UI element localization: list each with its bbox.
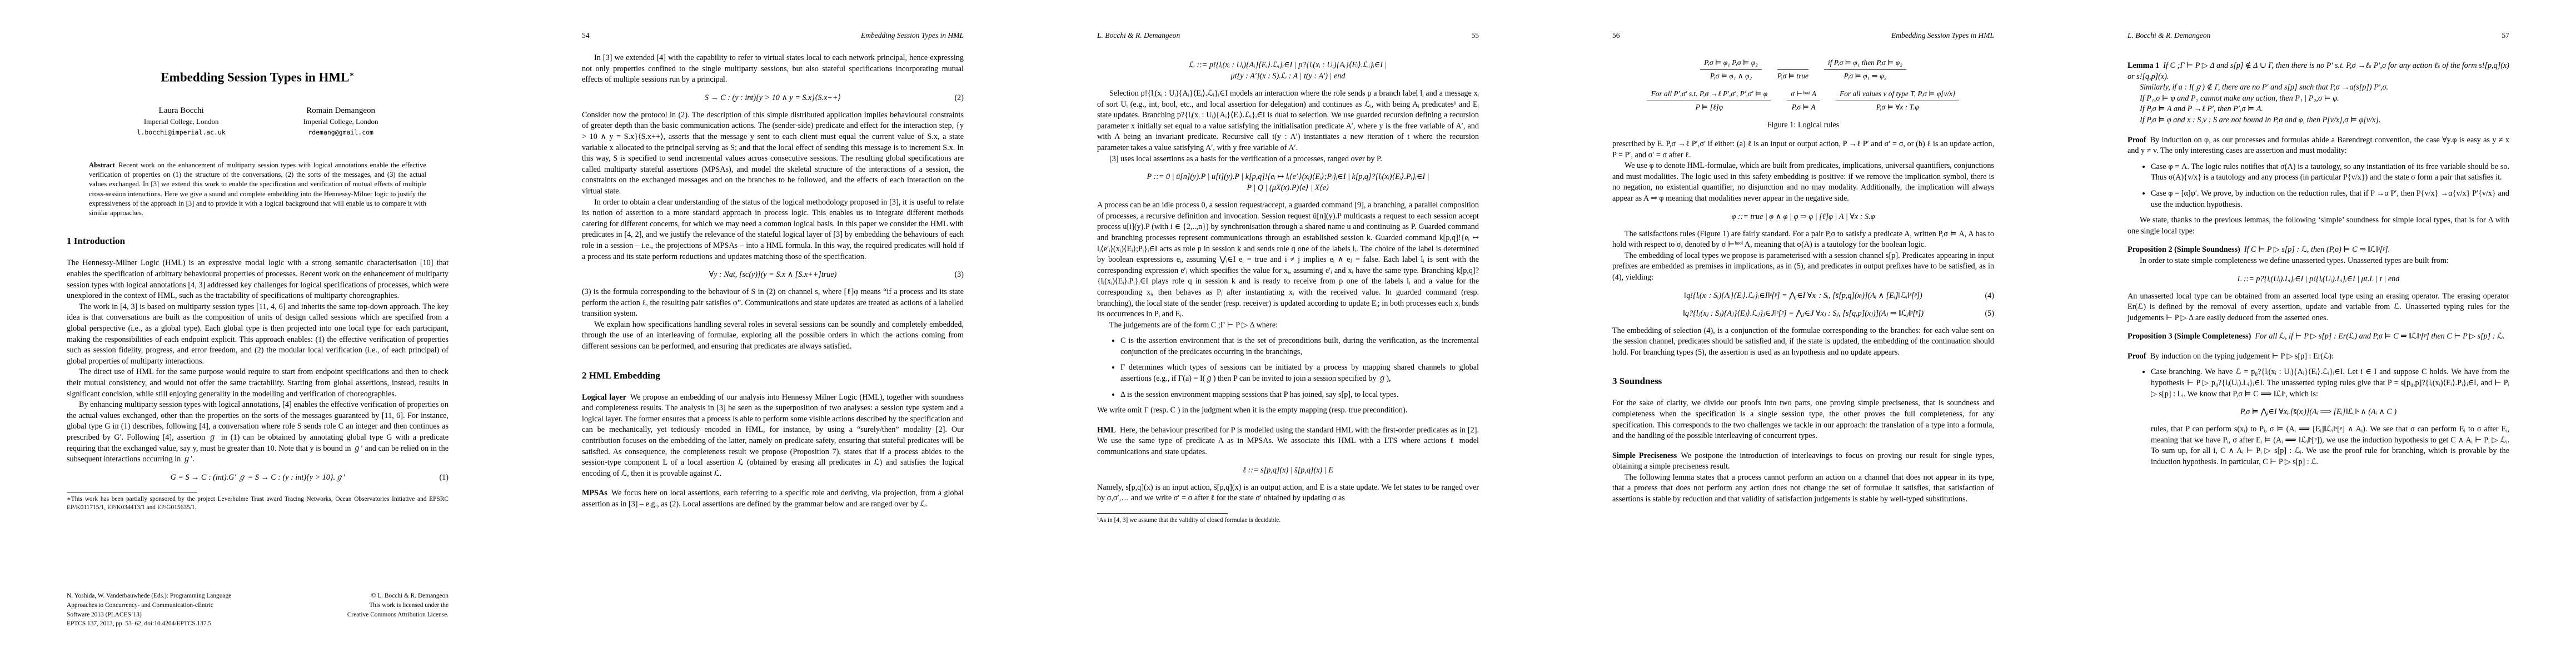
theorem: Lemma 1 If C ;Γ ⊢ P ▷ Δ and s[p] ∉ Δ ∪ Γ… xyxy=(2127,61,2509,82)
page-content: In [3] we extended [4] with the capabili… xyxy=(582,53,964,510)
inference-rule: if P,σ ⊨ φ₁ then P,σ ⊨ φ₂P,σ ⊨ φ₁ ⇒ φ₂ xyxy=(1824,58,1906,81)
paragraph: The work in [4, 3] is based on multipart… xyxy=(67,302,449,367)
bullet-list: C is the assertion environment that is t… xyxy=(1097,336,1479,400)
page-53: Embedding Session Types in HML∗Laura Boc… xyxy=(0,0,515,667)
labelled-paragraph: Proof By induction on the typing judgeme… xyxy=(2127,351,2509,362)
theorem-line: Similarly, if a : I(ℊ) ∉ Γ, there are no… xyxy=(2140,82,2509,93)
page-55: L. Bocchi & R. Demangeon55ℒ ::= p!{lᵢ(xᵢ… xyxy=(1030,0,1546,667)
grammar: ℓ ::= s[p,q](x) | s̄[p,q](x) | E xyxy=(1097,465,1479,476)
author-name: Romain Demangeon xyxy=(303,106,378,116)
paragraph-text: Here, the behaviour prescribed for P is … xyxy=(1097,426,1479,456)
bullet-item: Γ determines which types of sessions can… xyxy=(1120,362,1479,384)
theorem: Proposition 2 (Simple Soundness) If C ⊢ … xyxy=(2127,245,2509,256)
page-content: P,σ ⊨ φ₁ P,σ ⊨ φ₂P,σ ⊨ φ₁ ∧ φ₂P,σ ⊨ true… xyxy=(1612,53,1994,505)
section-heading: 1 Introduction xyxy=(67,236,449,247)
paragraph-label: Logical layer xyxy=(582,393,626,402)
running-head-item: 54 xyxy=(582,31,590,40)
paragraph: Consider now the protocol in (2). The de… xyxy=(582,110,964,197)
paragraph: We write omit Γ (resp. C ) in the judgme… xyxy=(1097,405,1479,416)
rule-premise: if P,σ ⊨ φ₁ then P,σ ⊨ φ₂ xyxy=(1824,58,1906,70)
paragraph-label: HML xyxy=(1097,426,1116,435)
display-equation: ∀y : Nat, [sᴄ(y)](y = S.x ∧ [S.x++]true)… xyxy=(582,269,964,280)
paragraph: A process can be an idle process 0, a se… xyxy=(1097,200,1479,320)
abstract: Abstract Recent work on the enhancement … xyxy=(89,161,426,218)
paragraph: By enhancing multiparty session types wi… xyxy=(67,400,449,465)
theorem-text: For all ℒ, if ⊢ P ▷ s[p] : Er(ℒ) and P,σ… xyxy=(2255,332,2505,341)
grammar-line: ℒ ::= p!{lᵢ(xᵢ : Uᵢ){Aᵢ}⟨Eᵢ⟩.ℒᵢ}ᵢ∈I | p?… xyxy=(1097,59,1479,71)
author-block: Laura BocchiImperial College, Londonl.bo… xyxy=(67,106,449,136)
running-head-item: 57 xyxy=(2502,31,2510,40)
equation: G = S → C : (int).G′ ℊ = S → C : (y : in… xyxy=(171,473,345,482)
display-equation: S → C : (y : int){y > 10 ∧ y = S.x}⟨S.x+… xyxy=(582,92,964,103)
theorem-line: If P₁,σ ⊨ φ and P₂ cannot make any actio… xyxy=(2140,93,2509,104)
grammar-line: L ::= p?{lᵢ(Uᵢ).Lᵢ}ᵢ∈I | p!{lᵢ(Uᵢ).Lᵢ}ᵢ∈… xyxy=(2127,273,2509,285)
page-57: L. Bocchi & R. Demangeon57Lemma 1 If C ;… xyxy=(2061,0,2576,667)
bullet-item: Case branching. We have ℒ = p₀?{lᵢ(xᵢ : … xyxy=(2151,367,2509,400)
theorem: Proposition 3 (Simple Completeness) For … xyxy=(2127,331,2509,342)
document-canvas: Embedding Session Types in HML∗Laura Boc… xyxy=(0,0,2576,667)
paragraph: The Hennessy-Milner Logic (HML) is an ex… xyxy=(67,258,449,301)
author: Laura BocchiImperial College, Londonl.bo… xyxy=(137,106,226,136)
grammar-line: P ::= 0 | ū[n](y).P | u[i](y).P | k[p,q]… xyxy=(1097,171,1479,182)
footer-line: Creative Commons Attribution License. xyxy=(347,610,449,620)
paragraph-label: MPSAs xyxy=(582,489,607,497)
paragraph: We explain how specifications handling s… xyxy=(582,320,964,352)
author-email: l.bocchi@imperial.ac.uk xyxy=(137,128,226,136)
theorem-label: Proposition 2 (Simple Soundness) xyxy=(2127,245,2240,254)
paragraph: In [3] we extended [4] with the capabili… xyxy=(582,53,964,86)
figure-logical-rules: P,σ ⊨ φ₁ P,σ ⊨ φ₂P,σ ⊨ φ₁ ∧ φ₂P,σ ⊨ true… xyxy=(1612,58,1994,112)
running-head: 54Embedding Session Types in HML xyxy=(582,31,964,40)
running-head: L. Bocchi & R. Demangeon55 xyxy=(1097,31,1479,40)
paragraph: The direct use of HML for the same purpo… xyxy=(67,367,449,400)
bullet-item: Case φ = [α]φ′. We prove, by induction o… xyxy=(2151,188,2509,210)
equation: S → C : (y : int){y > 10 ∧ y = S.x}⟨S.x+… xyxy=(705,93,841,102)
labelled-paragraph: Logical layer We propose an embedding of… xyxy=(582,392,964,480)
footer-line: N. Yoshida, W. Vanderbauwhede (Eds.): Pr… xyxy=(67,591,231,601)
paragraph: The following lemma states that a proces… xyxy=(1612,472,1994,505)
theorem-text: If C ;Γ ⊢ P ▷ Δ and s[p] ∉ Δ ∪ Γ, then t… xyxy=(2127,61,2509,81)
rule-conclusion: P ⊨ [ℓ]φ xyxy=(1647,101,1772,112)
equation: ∀y : Nat, [sᴄ(y)](y = S.x ∧ [S.x++]true) xyxy=(709,270,837,279)
paragraph: For the sake of clarity, we divide our p… xyxy=(1612,398,1994,441)
page-content: ℒ ::= p!{lᵢ(xᵢ : Uᵢ){Aᵢ}⟨Eᵢ⟩.ℒᵢ}ᵢ∈I | p?… xyxy=(1097,53,1479,525)
display-equation: G = S → C : (int).G′ ℊ = S → C : (y : in… xyxy=(67,472,449,483)
inference-rule: For all values v of type T, P,σ ⊨ φ[v/x]… xyxy=(1836,89,1959,112)
running-head: L. Bocchi & R. Demangeon57 xyxy=(2127,31,2509,40)
running-head-item: L. Bocchi & R. Demangeon xyxy=(2127,31,2210,40)
paragraph: [3] uses local assertions as a basis for… xyxy=(1097,154,1479,165)
labelled-paragraph: Proof By induction on φ, as our processe… xyxy=(2127,135,2509,157)
author-affiliation: Imperial College, London xyxy=(137,117,226,126)
page-54: 54Embedding Session Types in HMLIn [3] w… xyxy=(515,0,1030,667)
rule-conclusion: P,σ ⊨ φ₁ ⇒ φ₂ xyxy=(1824,70,1906,81)
labelled-paragraph: Simple Preciseness We postpone the intro… xyxy=(1612,451,1994,472)
footer-line: Software 2013 (PLACES’13) xyxy=(67,610,231,620)
equation-number: (4) xyxy=(1985,290,1994,301)
rule-premise: P,σ ⊨ φ₁ P,σ ⊨ φ₂ xyxy=(1700,58,1762,70)
footnote: ∗This work has been partially sponsored … xyxy=(67,495,449,512)
paragraph: An unasserted local type can be obtained… xyxy=(2127,291,2509,324)
running-head: 56Embedding Session Types in HML xyxy=(1612,31,1994,40)
page-56: 56Embedding Session Types in HMLP,σ ⊨ φ₁… xyxy=(1546,0,2061,667)
title-footnote-mark: ∗ xyxy=(349,70,354,78)
paragraph-label: Proof xyxy=(2127,136,2146,145)
grammar: P ::= 0 | ū[n](y).P | u[i](y).P | k[p,q]… xyxy=(1097,171,1479,193)
running-head-item: 55 xyxy=(1472,31,1479,40)
rule-premise: For all values v of type T, P,σ ⊨ φ[v/x] xyxy=(1836,89,1959,101)
rule-conclusion: P,σ ⊨ A xyxy=(1787,101,1820,112)
bullet-list: Case branching. We have ℒ = p₀?{lᵢ(xᵢ : … xyxy=(2127,367,2509,400)
paragraph: Namely, s[p,q](x) is an input action, s̄… xyxy=(1097,482,1479,504)
paragraph-label: Simple Preciseness xyxy=(1612,451,1677,460)
equation: ‖q?{lⱼ(xⱼ : Sⱼ){Aⱼ}⟨Eⱼ⟩.ℒⱼ}ⱼ∈J‖ˢ[ᵖ] = ⋀ⱼ… xyxy=(1683,309,1924,318)
rule-row: For all P′,σ′ s.t. P,σ →ℓ P′,σ′, P′,σ′ ⊨… xyxy=(1612,89,1994,112)
running-head-item: Embedding Session Types in HML xyxy=(861,31,964,40)
paragraph: We state, thanks to the previous lemmas,… xyxy=(2127,215,2509,237)
rule-conclusion: P,σ ⊨ true xyxy=(1777,70,1808,81)
running-head-item: L. Bocchi & R. Demangeon xyxy=(1097,31,1180,40)
inference-rule: P,σ ⊨ φ₁ P,σ ⊨ φ₂P,σ ⊨ φ₁ ∧ φ₂ xyxy=(1700,58,1762,81)
paper-title-text: Embedding Session Types in HML xyxy=(161,71,349,84)
equation: ‖q!{lᵢ(xᵢ : Sᵢ){Aᵢ}⟨Eᵢ⟩.ℒᵢ}ᵢ∈I‖ˢ[ᵖ] = ⋀ᵢ… xyxy=(1684,291,1922,300)
labelled-paragraph: HML Here, the behaviour prescribed for P… xyxy=(1097,425,1479,458)
paragraph: rules, that P can perform s(xᵢ) to Pᵢ, σ… xyxy=(2151,424,2509,467)
paragraph-text: By induction on φ, as our processes and … xyxy=(2127,136,2509,156)
grammar-line: μt{y : A′}(x : S).ℒ : A | t(y : A′) | en… xyxy=(1097,71,1479,82)
paragraph: The embedding of selection (4), is a con… xyxy=(1612,326,1994,359)
figure-caption: Figure 1: Logical rules xyxy=(1612,121,1994,130)
equation: P,σ ⊨ ⋀ᵢ∈I ∀xᵢ.[s̄(xᵢ)](Aᵢ ⟹ [Eᵢ]‖ℒᵢ‖ˢ ∧… xyxy=(2240,407,2396,416)
paragraph: In order to state simple completeness we… xyxy=(2127,256,2509,267)
paragraph: (3) is the formula corresponding to the … xyxy=(582,287,964,320)
page-content: Embedding Session Types in HML∗Laura Boc… xyxy=(67,0,449,512)
paragraph: The embedding of local types we propose … xyxy=(1612,251,1994,283)
author-name: Laura Bocchi xyxy=(137,106,226,116)
equation-number: (1) xyxy=(439,472,449,483)
paragraph: Selection p!{lᵢ(xᵢ : Uᵢ){Aᵢ}⟨Eᵢ⟩.ℒᵢ}ᵢ∈I … xyxy=(1097,88,1479,154)
footnote: ¹As in [4, 3] we assume that the validit… xyxy=(1097,516,1479,525)
labelled-paragraph: MPSAs We focus here on local assertions,… xyxy=(582,488,964,510)
page-content: Lemma 1 If C ;Γ ⊢ P ▷ Δ and s[p] ∉ Δ ∪ Γ… xyxy=(2127,53,2509,468)
bullet-item: Δ is the session environment mapping ses… xyxy=(1120,390,1479,401)
footnote-rule xyxy=(1097,513,1228,514)
paragraph: In order to obtain a clear understanding… xyxy=(582,197,964,263)
paragraph-label: Proof xyxy=(2127,352,2146,361)
abstract-text: Recent work on the enhancement of multip… xyxy=(89,161,426,217)
rule-row: P,σ ⊨ φ₁ P,σ ⊨ φ₂P,σ ⊨ φ₁ ∧ φ₂P,σ ⊨ true… xyxy=(1612,58,1994,81)
section-heading: 3 Soundness xyxy=(1612,376,1994,387)
footer-left: N. Yoshida, W. Vanderbauwhede (Eds.): Pr… xyxy=(67,591,231,629)
paragraph: prescribed by E. P,σ →ℓ P′,σ′ if either:… xyxy=(1612,139,1994,161)
equation-number: (2) xyxy=(954,92,964,103)
footer-line: © L. Bocchi & R. Demangeon xyxy=(347,591,449,601)
paragraph-text: We propose an embedding of our analysis … xyxy=(582,393,964,478)
rule-premise: σ ⊢ᵇᵒᵒˡ A xyxy=(1787,89,1820,101)
theorem-text: If C ⊢ P ▷ s[p] : ℒ, then (P,σ) ⊨ C ⇒ ‖ℒ… xyxy=(2244,245,2390,254)
running-head-item: 56 xyxy=(1612,31,1620,40)
paragraph: We use φ to denote HML-formulae, which a… xyxy=(1612,161,1994,204)
author-email: rdemang@gmail.com xyxy=(303,128,378,136)
theorem-line: If P,σ ⊨ φ and x : S,v : S are not bound… xyxy=(2140,115,2509,126)
inference-rule: σ ⊢ᵇᵒᵒˡ AP,σ ⊨ A xyxy=(1787,89,1820,112)
author: Romain DemangeonImperial College, London… xyxy=(303,106,378,136)
grammar: L ::= p?{lᵢ(Uᵢ).Lᵢ}ᵢ∈I | p!{lᵢ(Uᵢ).Lᵢ}ᵢ∈… xyxy=(2127,273,2509,285)
paragraph: The satisfactions rules (Figure 1) are f… xyxy=(1612,229,1994,251)
paragraph-text: We focus here on local assertions, each … xyxy=(582,489,964,509)
grammar-line: ℓ ::= s[p,q](x) | s̄[p,q](x) | E xyxy=(1097,465,1479,476)
rule-premise xyxy=(1777,58,1808,70)
theorem-label: Lemma 1 xyxy=(2127,61,2159,70)
display-equation: ‖q?{lⱼ(xⱼ : Sⱼ){Aⱼ}⟨Eⱼ⟩.ℒⱼ}ⱼ∈J‖ˢ[ᵖ] = ⋀ⱼ… xyxy=(1612,308,1994,319)
abstract-label: Abstract xyxy=(89,161,115,169)
inference-rule: P,σ ⊨ true xyxy=(1777,58,1808,81)
rule-conclusion: P,σ ⊨ ∀x : T.φ xyxy=(1836,101,1959,112)
grammar-line: P | Q | (μX(x).P)⟨e⟩ | X⟨e⟩ xyxy=(1097,182,1479,193)
section-heading: 2 HML Embedding xyxy=(582,370,964,381)
grammar: φ ::= true | φ ∧ φ | φ ⇒ φ | [ℓ]φ | A | … xyxy=(1612,211,1994,222)
bullet-list: Case φ = A. The logic rules notifies tha… xyxy=(2127,162,2509,210)
grammar: ℒ ::= p!{lᵢ(xᵢ : Uᵢ){Aᵢ}⟨Eᵢ⟩.ℒᵢ}ᵢ∈I | p?… xyxy=(1097,59,1479,82)
display-equation: ‖q!{lᵢ(xᵢ : Sᵢ){Aᵢ}⟨Eᵢ⟩.ℒᵢ}ᵢ∈I‖ˢ[ᵖ] = ⋀ᵢ… xyxy=(1612,290,1994,301)
footer-line: EPTCS 137, 2013, pp. 53–62, doi:10.4204/… xyxy=(67,619,231,629)
footer-right: © L. Bocchi & R. DemangeonThis work is l… xyxy=(347,591,449,629)
publication-footer: N. Yoshida, W. Vanderbauwhede (Eds.): Pr… xyxy=(67,591,449,629)
footer-line: Approaches to Concurrency- and Communica… xyxy=(67,601,231,610)
display-equation: P,σ ⊨ ⋀ᵢ∈I ∀xᵢ.[s̄(xᵢ)](Aᵢ ⟹ [Eᵢ]‖ℒᵢ‖ˢ ∧… xyxy=(2127,406,2509,417)
running-head-item: Embedding Session Types in HML xyxy=(1891,31,1994,40)
inference-rule: For all P′,σ′ s.t. P,σ →ℓ P′,σ′, P′,σ′ ⊨… xyxy=(1647,89,1772,112)
bullet-item: C is the assertion environment that is t… xyxy=(1120,336,1479,357)
theorem-line: If P,σ ⊨ A and P →ℓ P′, then P′,σ ⊨ A. xyxy=(2140,104,2509,115)
footnote-rule xyxy=(67,492,197,492)
equation-number: (3) xyxy=(954,269,964,280)
grammar-line: φ ::= true | φ ∧ φ | φ ⇒ φ | [ℓ]φ | A | … xyxy=(1612,211,1994,222)
bullet-item: Case φ = A. The logic rules notifies tha… xyxy=(2151,162,2509,183)
paragraph: The judgements are of the form C ;Γ ⊢ P … xyxy=(1097,320,1479,331)
paper-title: Embedding Session Types in HML∗ xyxy=(67,70,449,85)
equation-number: (5) xyxy=(1985,308,1994,319)
theorem-label: Proposition 3 (Simple Completeness) xyxy=(2127,332,2251,341)
rule-premise: For all P′,σ′ s.t. P,σ →ℓ P′,σ′, P′,σ′ ⊨… xyxy=(1647,89,1772,101)
author-affiliation: Imperial College, London xyxy=(303,117,378,126)
rule-conclusion: P,σ ⊨ φ₁ ∧ φ₂ xyxy=(1700,70,1762,81)
paragraph-text: By induction on the typing judgement ⊢ P… xyxy=(2150,352,2334,361)
footer-line: This work is licensed under the xyxy=(347,601,449,610)
